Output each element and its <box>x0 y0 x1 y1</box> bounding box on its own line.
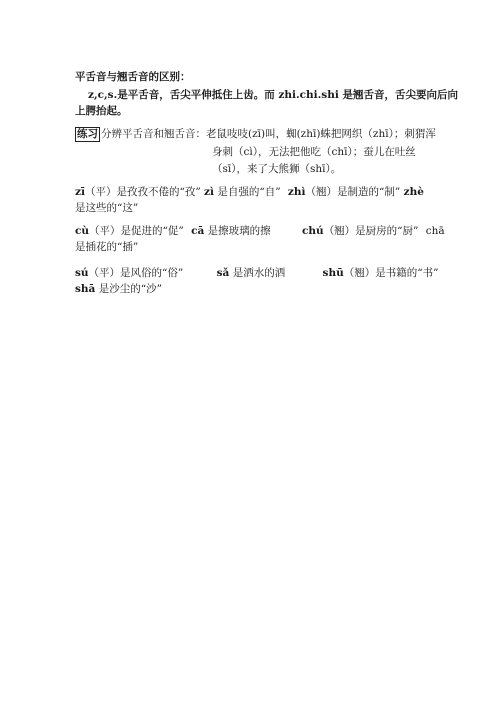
exercise-line-3: （sī），来了大熊狮（shī）。 <box>212 162 341 176</box>
pinyin: shā <box>75 283 95 295</box>
exercise-line-1: 练习分辨平舌音和翘舌音：老鼠吱吱(zī)叫，蜘(zhī)蛛把网织（zhī）；刺猬… <box>75 127 436 142</box>
group-text: （翘）是书籍的“书” <box>344 267 439 279</box>
group-text: 是擦玻璃的擦 <box>204 225 270 237</box>
exercise-line-2: 身刺（cì），无法把他吃（chī）；蚕儿在吐丝 <box>212 145 416 159</box>
intro-line-1: z,c,s.是平舌音，舌尖平伸抵住上齿。而 zhi.chi.shi 是翘舌音，舌… <box>88 88 458 102</box>
group-1-line-2: 是这些的“这” <box>75 201 138 215</box>
pinyin: zì <box>204 186 214 198</box>
group-text: （翘）是制造的“制” <box>306 186 401 198</box>
group-2-line-2: 是插花的“插” <box>75 240 138 254</box>
group-text: （平）是孜孜不倦的“孜” <box>85 186 201 198</box>
group-3-line-1: sú（平）是风俗的“俗” sǎ 是洒水的洒 shū（翘）是书籍的“书” <box>75 266 438 280</box>
exercise-label-box: 练习 <box>75 127 100 142</box>
group-text: 是自强的“自” <box>214 186 281 198</box>
pinyin: cù <box>75 225 89 237</box>
pinyin: zhì <box>288 186 306 198</box>
pinyin: zhè <box>404 186 424 198</box>
group-text: （平）是风俗的“俗” <box>89 267 184 279</box>
pinyin: sú <box>75 267 89 279</box>
group-text: 是沙尘的“沙” <box>95 283 162 295</box>
group-2-line-1: cù（平）是促进的“促” cā 是擦玻璃的擦 chú（翘）是厨房的“厨” chā <box>75 224 445 238</box>
pinyin: cā <box>191 225 204 237</box>
exercise-text-1: 分辨平舌音和翘舌音：老鼠吱吱(zī)叫，蜘(zhī)蛛把网织（zhī）；刺猬浑 <box>101 128 436 140</box>
group-text: （翘）是厨房的“厨” <box>324 225 419 237</box>
pinyin: zī <box>75 186 85 198</box>
group-3-line-2: shā 是沙尘的“沙” <box>75 282 162 296</box>
group-text: 是洒水的洒 <box>229 267 285 279</box>
pinyin: chú <box>302 225 324 237</box>
document-page: 平舌音与翘舌音的区别： z,c,s.是平舌音，舌尖平伸抵住上齿。而 zhi.ch… <box>0 0 500 708</box>
pinyin: sǎ <box>217 267 230 279</box>
group-text: （平）是促进的“促” <box>89 225 184 237</box>
document-title: 平舌音与翘舌音的区别： <box>75 70 191 84</box>
group-1-line-1: zī（平）是孜孜不倦的“孜” zì 是自强的“自” zhì（翘）是制造的“制” … <box>75 185 424 199</box>
pinyin: chā <box>426 225 445 237</box>
intro-line-2: 上腭抬起。 <box>75 104 128 118</box>
pinyin: shū <box>323 267 344 279</box>
